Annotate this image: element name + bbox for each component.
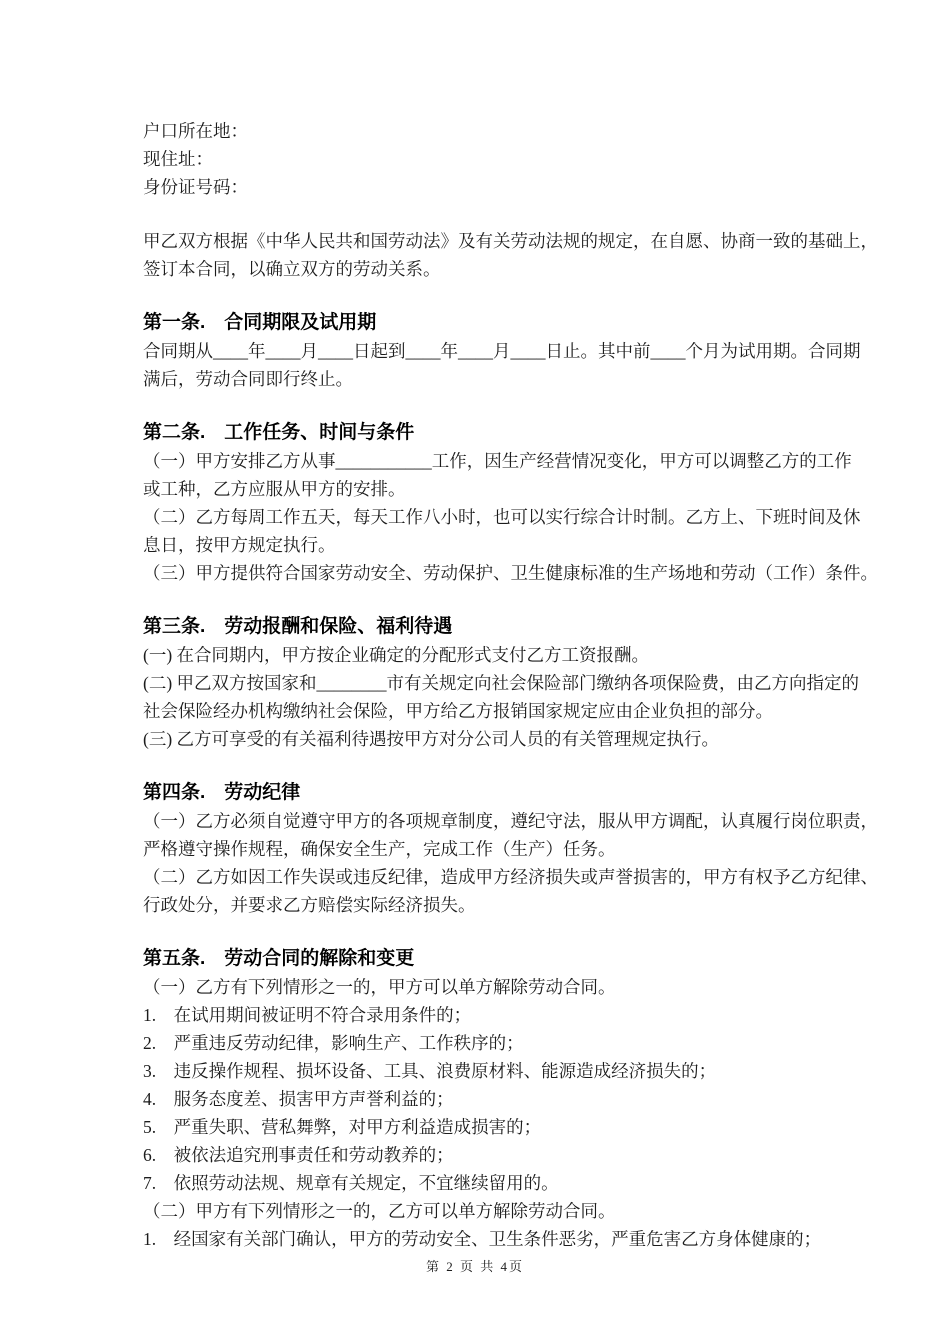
intro-paragraph-line: 签订本合同，以确立双方的劳动关系。: [143, 255, 858, 283]
section-2-text-line: （三）甲方提供符合国家劳动安全、劳动保护、卫生健康标准的生产场地和劳动（工作）条…: [143, 559, 858, 587]
section-3-text-line: (三) 乙方可享受的有关福利待遇按甲方对分公司人员的有关管理规定执行。: [143, 725, 858, 753]
section-3-text-line: (二) 甲乙双方按国家和________市有关规定向社会保险部门缴纳各项保险费，…: [143, 669, 858, 697]
contract-document-page: 户口所在地： 现住址： 身份证号码： 甲乙双方根据《中华人民共和国劳动法》及有关…: [0, 0, 950, 1344]
section-4-text-line: 严格遵守操作规程，确保安全生产，完成工作（生产）任务。: [143, 835, 858, 863]
section-4-text-line: （二）乙方如因工作失误或违反纪律，造成甲方经济损失或声誉损害的，甲方有权予乙方纪…: [143, 863, 858, 891]
section-2-text-line: 或工种，乙方应服从甲方的安排。: [143, 475, 858, 503]
section-5-text-line: （一）乙方有下列情形之一的，甲方可以单方解除劳动合同。: [143, 973, 858, 1001]
section-2-text-line: 息日，按甲方规定执行。: [143, 531, 858, 559]
section-5-list-item: 1. 在试用期间被证明不符合录用条件的；: [143, 1001, 858, 1029]
field-household-registration: 户口所在地：: [143, 117, 858, 145]
section-5-list-item: 3. 违反操作规程、损坏设备、工具、浪费原材料、能源造成经济损失的；: [143, 1057, 858, 1085]
section-5-list-item: 4. 服务态度差、损害甲方声誉利益的；: [143, 1085, 858, 1113]
section-1-text-line: 满后，劳动合同即行终止。: [143, 365, 858, 393]
page-number-footer: 第 2 页 共 4页: [0, 1256, 950, 1275]
section-5-list-item: 5. 严重失职、营私舞弊，对甲方利益造成损害的；: [143, 1113, 858, 1141]
section-1-heading: 第一条. 合同期限及试用期: [143, 309, 858, 337]
section-2-text-line: （一）甲方安排乙方从事___________工作，因生产经营情况变化，甲方可以调…: [143, 447, 858, 475]
section-4-text-line: 行政处分，并要求乙方赔偿实际经济损失。: [143, 891, 858, 919]
section-5-list-item: 1. 经国家有关部门确认，甲方的劳动安全、卫生条件恶劣，严重危害乙方身体健康的；: [143, 1225, 858, 1253]
section-3-heading: 第三条. 劳动报酬和保险、福利待遇: [143, 613, 858, 641]
section-1-text-line: 合同期从____年____月____日起到____年____月____日止。其中…: [143, 337, 858, 365]
field-current-address: 现住址：: [143, 145, 858, 173]
field-id-number: 身份证号码：: [143, 173, 858, 201]
section-2-text-line: （二）乙方每周工作五天，每天工作八小时，也可以实行综合计时制。乙方上、下班时间及…: [143, 503, 858, 531]
section-3-text-line: 社会保险经办机构缴纳社会保险，甲方给乙方报销国家规定应由企业负担的部分。: [143, 697, 858, 725]
section-5-heading: 第五条. 劳动合同的解除和变更: [143, 945, 858, 973]
section-4-text-line: （一）乙方必须自觉遵守甲方的各项规章制度，遵纪守法，服从甲方调配，认真履行岗位职…: [143, 807, 858, 835]
intro-paragraph-line: 甲乙双方根据《中华人民共和国劳动法》及有关劳动法规的规定，在自愿、协商一致的基础…: [143, 227, 858, 255]
section-5-list-item: 6. 被依法追究刑事责任和劳动教养的；: [143, 1141, 858, 1169]
section-2-heading: 第二条. 工作任务、时间与条件: [143, 419, 858, 447]
section-4-heading: 第四条. 劳动纪律: [143, 779, 858, 807]
section-5-text-line: （二）甲方有下列情形之一的，乙方可以单方解除劳动合同。: [143, 1197, 858, 1225]
section-5-list-item: 2. 严重违反劳动纪律，影响生产、工作秩序的；: [143, 1029, 858, 1057]
section-5-list-item: 7. 依照劳动法规、规章有关规定，不宜继续留用的。: [143, 1169, 858, 1197]
section-3-text-line: (一) 在合同期内，甲方按企业确定的分配形式支付乙方工资报酬。: [143, 641, 858, 669]
